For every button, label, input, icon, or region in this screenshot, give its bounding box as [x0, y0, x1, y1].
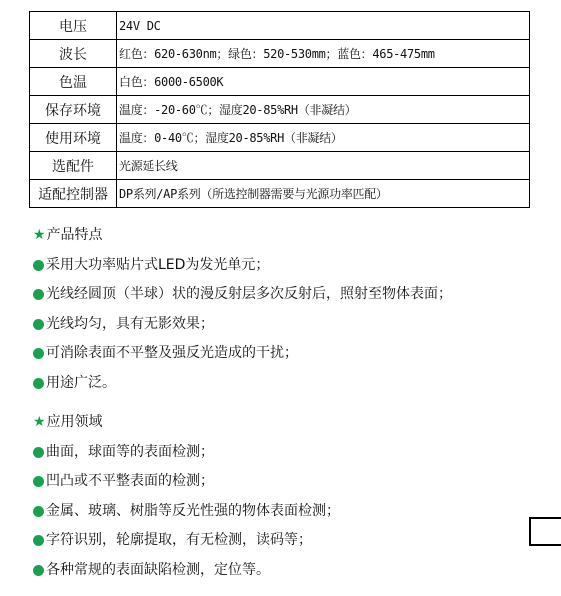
list-item-text: 用途广泛。 [46, 369, 116, 399]
table-row: 使用环境 温度：0-40℃；湿度20-85%RH（非凝结） [30, 124, 530, 152]
spec-label: 选配件 [30, 152, 117, 180]
bullet-dot-icon [33, 447, 44, 458]
spec-value: DP系列/AP系列（所选控制器需要与光源功率匹配） [117, 180, 530, 208]
table-row: 保存环境 温度：-20-60℃；湿度20-85%RH（非凝结） [30, 96, 530, 124]
spec-table: 电压 24V DC 波长 红色：620-630nm；绿色：520-530mm；蓝… [29, 11, 530, 208]
table-row: 色温 白色：6000-6500K [30, 68, 530, 96]
list-item: 可消除表面不平整及强反光造成的干扰； [33, 339, 452, 369]
spec-value: 白色：6000-6500K [117, 68, 530, 96]
list-item-text: 光线经圆顶（半球）状的漫反射层多次反射后，照射至物体表面； [46, 280, 452, 310]
spec-value: 温度：-20-60℃；湿度20-85%RH（非凝结） [117, 96, 530, 124]
bullet-dot-icon [33, 289, 44, 300]
star-icon: ★ [33, 408, 46, 438]
list-item: 曲面，球面等的表面检测； [33, 438, 340, 468]
table-row: 波长 红色：620-630nm；绿色：520-530mm；蓝色：465-475m… [30, 40, 530, 68]
list-item-text: 凹凸或不平整表面的检测； [46, 467, 214, 497]
list-item: 金属、玻璃、树脂等反光性强的物体表面检测； [33, 497, 340, 527]
table-row: 电压 24V DC [30, 12, 530, 40]
spec-label: 波长 [30, 40, 117, 68]
spec-label: 保存环境 [30, 96, 117, 124]
features-heading: ★ 产品特点 [33, 221, 452, 251]
applications-heading: ★ 应用领域 [33, 408, 340, 438]
spec-value: 光源延长线 [117, 152, 530, 180]
spec-value: 红色：620-630nm；绿色：520-530mm；蓝色：465-475mm [117, 40, 530, 68]
section-title: 应用领域 [47, 408, 103, 438]
list-item: 采用大功率贴片式LED为发光单元； [33, 251, 452, 281]
bullet-dot-icon [33, 506, 44, 517]
spec-value: 24V DC [117, 12, 530, 40]
bullet-dot-icon [33, 260, 44, 271]
bullet-dot-icon [33, 565, 44, 576]
list-item: 光线均匀，具有无影效果； [33, 310, 452, 340]
list-item-text: 光线均匀，具有无影效果； [46, 310, 214, 340]
list-item-text: 字符识别，轮廓提取，有无检测，读码等； [46, 526, 312, 556]
features-section: ★ 产品特点 采用大功率贴片式LED为发光单元； 光线经圆顶（半球）状的漫反射层… [33, 221, 452, 398]
list-item: 凹凸或不平整表面的检测； [33, 467, 340, 497]
spec-value: 温度：0-40℃；湿度20-85%RH（非凝结） [117, 124, 530, 152]
table-row: 选配件 光源延长线 [30, 152, 530, 180]
bullet-dot-icon [33, 319, 44, 330]
bullet-dot-icon [33, 535, 44, 546]
list-item-text: 金属、玻璃、树脂等反光性强的物体表面检测； [46, 497, 340, 527]
spec-label: 色温 [30, 68, 117, 96]
list-item-text: 采用大功率贴片式LED为发光单元； [46, 251, 269, 281]
list-item-text: 可消除表面不平整及强反光造成的干扰； [46, 339, 298, 369]
spec-label: 适配控制器 [30, 180, 117, 208]
list-item: 字符识别，轮廓提取，有无检测，读码等； [33, 526, 340, 556]
applications-section: ★ 应用领域 曲面，球面等的表面检测； 凹凸或不平整表面的检测； 金属、玻璃、树… [33, 408, 340, 585]
resize-handle-box[interactable] [529, 517, 561, 546]
bullet-dot-icon [33, 348, 44, 359]
list-item: 光线经圆顶（半球）状的漫反射层多次反射后，照射至物体表面； [33, 280, 452, 310]
section-title: 产品特点 [47, 221, 103, 251]
list-item-text: 各种常规的表面缺陷检测，定位等。 [46, 556, 270, 586]
bullet-dot-icon [33, 476, 44, 487]
spec-label: 电压 [30, 12, 117, 40]
table-row: 适配控制器 DP系列/AP系列（所选控制器需要与光源功率匹配） [30, 180, 530, 208]
list-item-text: 曲面，球面等的表面检测； [46, 438, 214, 468]
bullet-dot-icon [33, 378, 44, 389]
list-item: 各种常规的表面缺陷检测，定位等。 [33, 556, 340, 586]
spec-label: 使用环境 [30, 124, 117, 152]
star-icon: ★ [33, 221, 46, 251]
list-item: 用途广泛。 [33, 369, 452, 399]
